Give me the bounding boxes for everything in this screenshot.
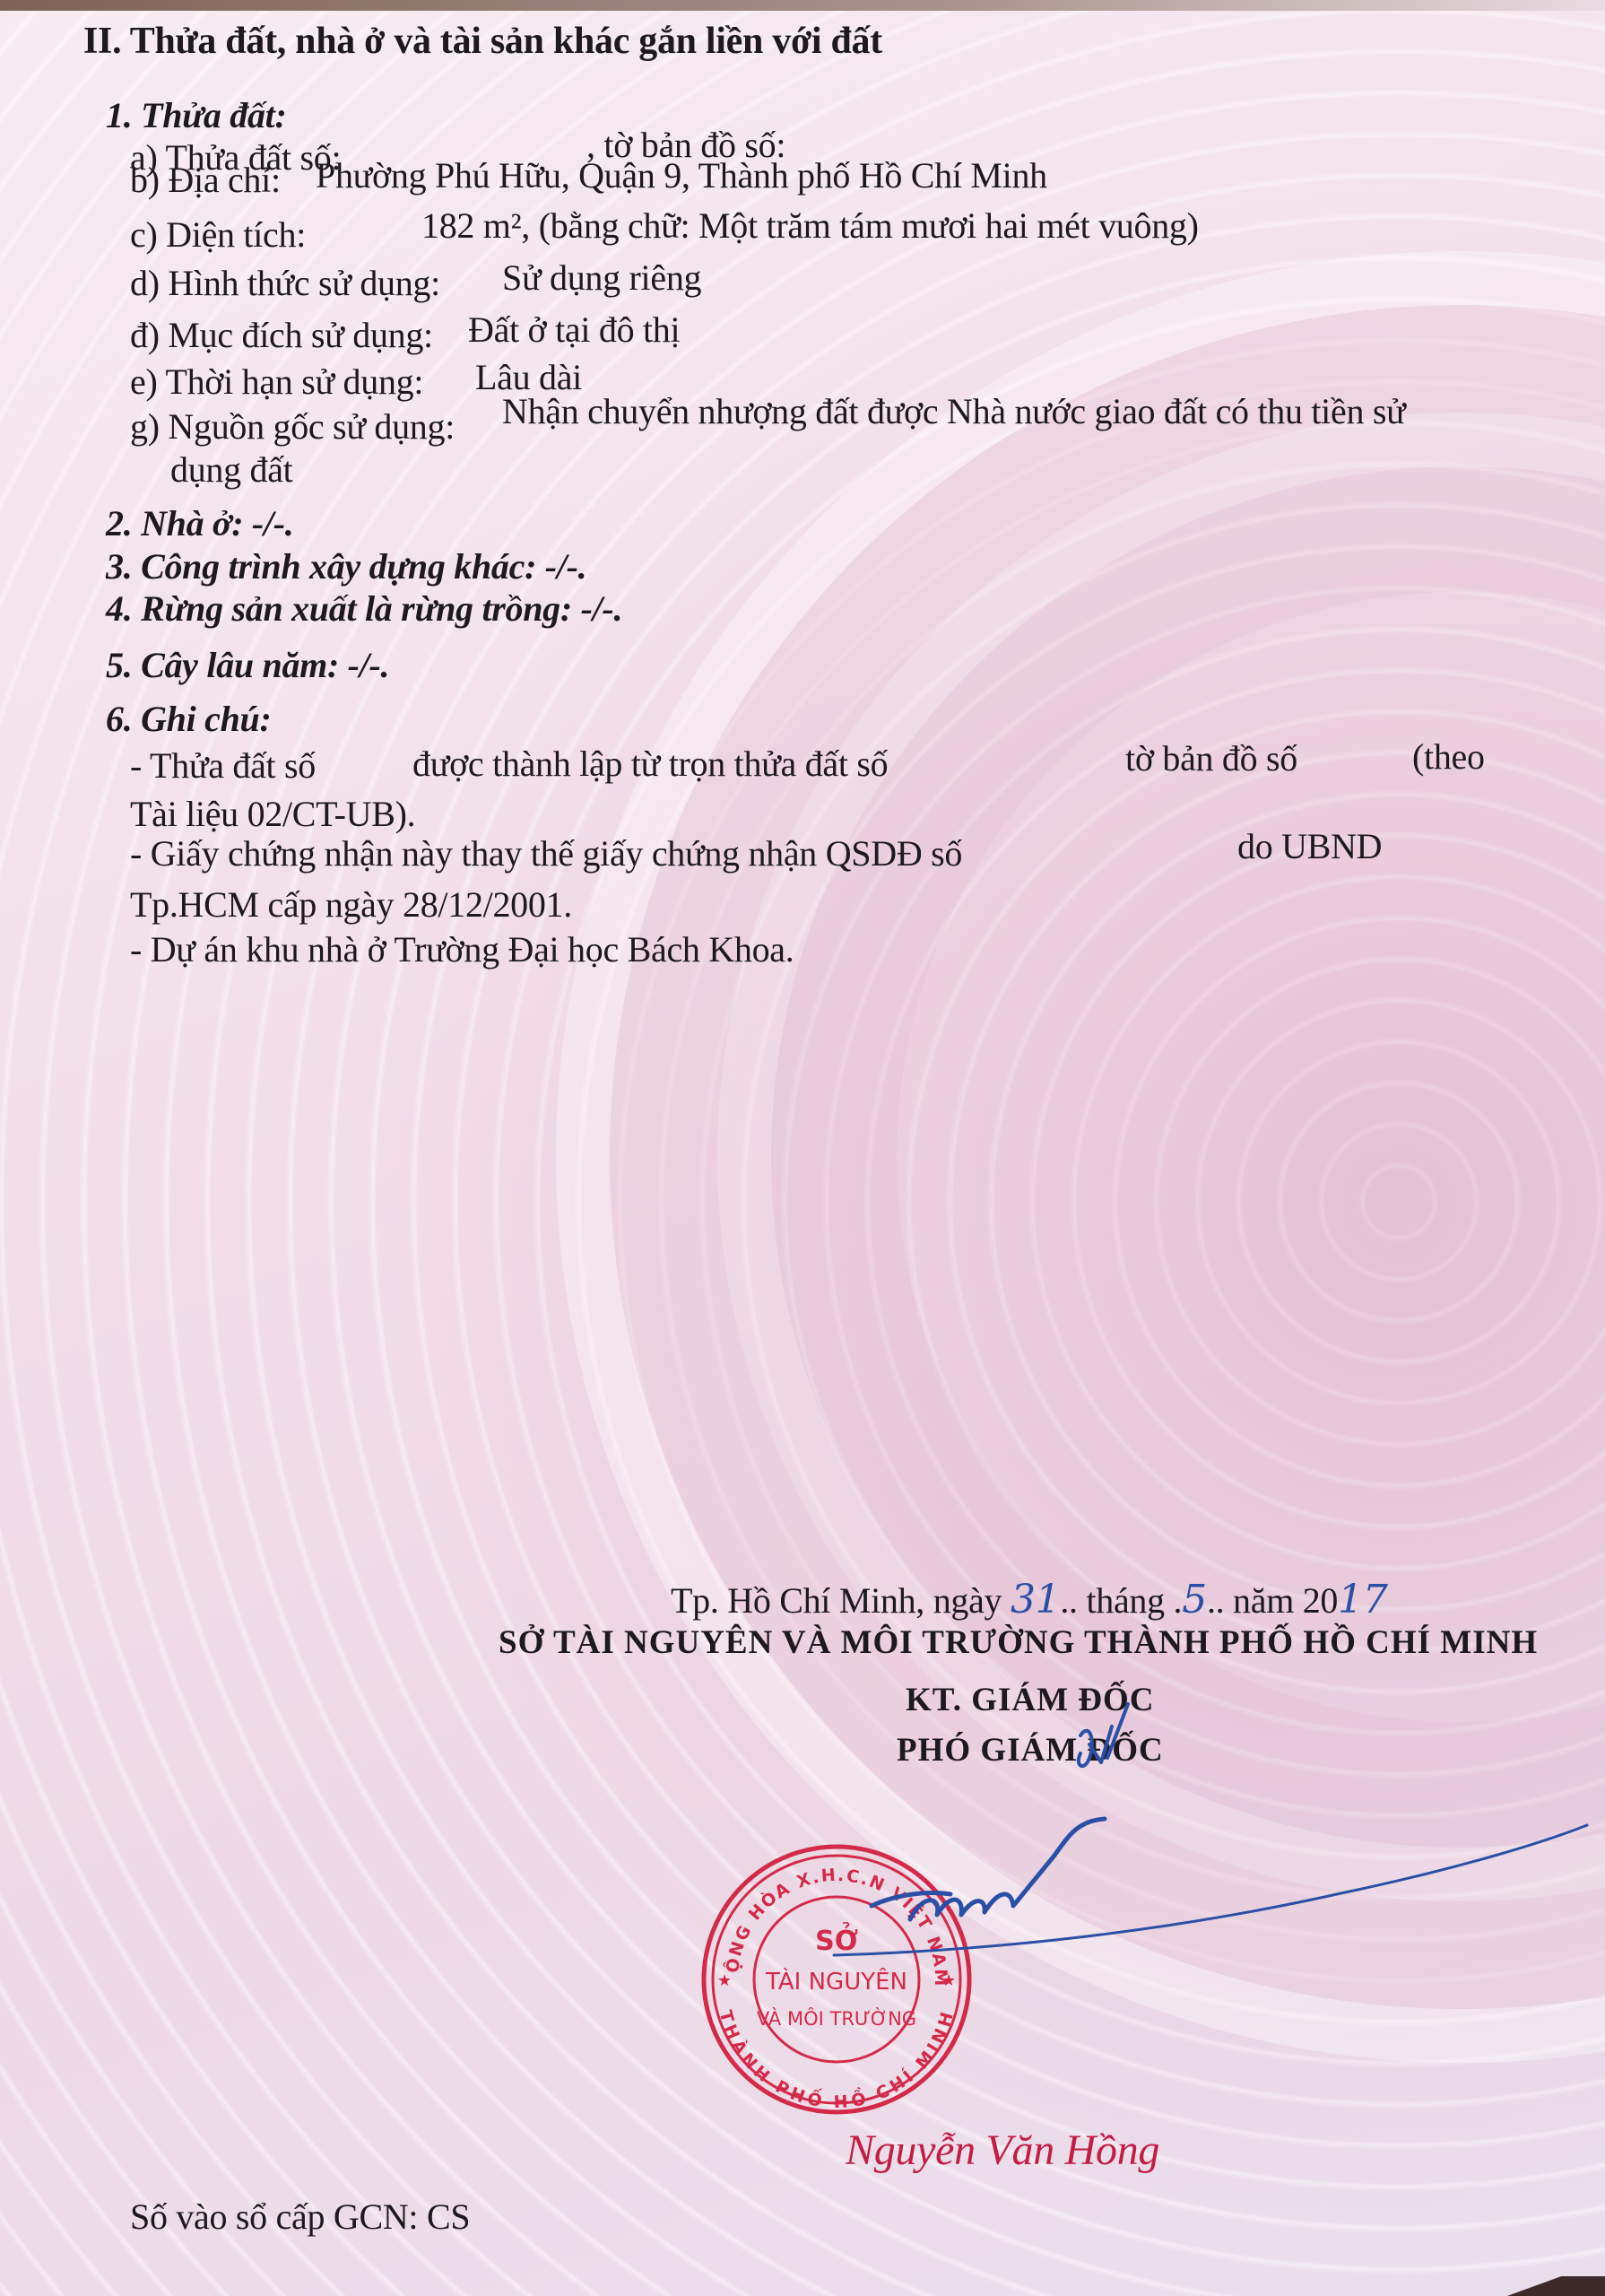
usage-form-label: d) Hình thức sử dụng: <box>130 262 440 304</box>
usage-purpose-value: Đất ở tại đô thị <box>468 309 680 351</box>
production-forest-item: 4. Rừng sản xuất là rừng trồng: -/-. <box>106 587 622 630</box>
area-label: c) Diện tích: <box>130 213 306 256</box>
usage-purpose-label: đ) Mục đích sử dụng: <box>130 314 433 356</box>
date-day: 31 <box>1011 1577 1060 1622</box>
place-date: Tp. Hồ Chí Minh, ngày 31.. tháng .5.. nă… <box>671 1577 1388 1622</box>
seal-top-text: CỘNG HÒA X.H.C.N VIỆT NAM <box>698 1840 950 1987</box>
note2-part-b: do UBND <box>1237 825 1382 867</box>
page-top-edge <box>0 0 1605 11</box>
dots: .. <box>1207 1580 1224 1621</box>
note3: - Dự án khu nhà ở Trường Đại học Bách Kh… <box>130 928 794 970</box>
page-corner-shadow <box>1462 2276 1605 2296</box>
seal-center-line3: VÀ MÔI TRƯỜNG <box>757 2007 916 2030</box>
date-year-suffix: 17 <box>1338 1577 1387 1622</box>
address-label: b) Địa chỉ: <box>130 159 281 201</box>
note2-part-a: - Giấy chứng nhận này thay thế giấy chứn… <box>130 832 962 874</box>
dots: . <box>1174 1580 1183 1621</box>
signer-name: Nguyễn Văn Hồng <box>846 2126 1159 2175</box>
note1-part-b: được thành lập từ trọn thửa đất số <box>412 743 888 785</box>
signer-position: PHÓ GIÁM ĐỐC <box>897 1731 1164 1770</box>
land-parcel-heading: 1. Thửa đất: <box>106 94 286 136</box>
origin-value-continued: dụng đất <box>170 448 292 491</box>
seal-center-line1: SỞ <box>815 1921 858 1957</box>
on-behalf-of: KT. GIÁM ĐỐC <box>906 1681 1155 1719</box>
origin-value: Nhận chuyển nhượng đất được Nhà nước gia… <box>502 390 1406 432</box>
svg-text:CỘNG HÒA X.H.C.N VIỆT NAM: CỘNG HÒA X.H.C.N VIỆT NAM <box>698 1840 950 1987</box>
issuing-agency: SỞ TÀI NGUYÊN VÀ MÔI TRƯỜNG THÀNH PHỐ HỒ… <box>499 1623 1538 1662</box>
seal-center-line2: TÀI NGUYÊN <box>765 1967 907 1996</box>
usage-form-value: Sử dụng riêng <box>502 257 701 299</box>
area-value: 182 m², (bằng chữ: Một trăm tám mươi hai… <box>421 204 1199 247</box>
note1-line2: Tài liệu 02/CT-UB). <box>130 793 415 835</box>
seal-star-left-icon: ★ <box>717 1971 732 1989</box>
section-title: II. Thửa đất, nhà ở và tài sản khác gắn … <box>83 20 882 63</box>
other-construction-item: 3. Công trình xây dựng khác: -/-. <box>106 545 586 587</box>
note1-part-c: tờ bản đồ số <box>1125 737 1297 779</box>
seal-star-right-icon: ★ <box>941 1971 956 1989</box>
origin-label: g) Nguồn gốc sử dụng: <box>130 405 455 448</box>
address-value: Phường Phú Hữu, Quận 9, Thành phố Hồ Chí… <box>316 154 1047 196</box>
note1-part-d: (theo <box>1412 735 1485 778</box>
note2-line2: Tp.HCM cấp ngày 28/12/2001. <box>130 883 572 926</box>
year-label: năm 20 <box>1233 1580 1338 1621</box>
notes-heading: 6. Ghi chú: <box>106 698 272 740</box>
place-date-prefix: Tp. Hồ Chí Minh, ngày <box>671 1580 1002 1621</box>
official-seal: CỘNG HÒA X.H.C.N VIỆT NAM THÀNH PHỐ HỒ C… <box>698 1840 976 2118</box>
house-item: 2. Nhà ở: -/-. <box>106 502 293 544</box>
date-month: 5 <box>1182 1577 1207 1622</box>
dots: .. <box>1060 1580 1077 1621</box>
perennial-trees-item: 5. Cây lâu năm: -/-. <box>106 644 389 686</box>
note1-part-a: - Thửa đất số <box>130 744 316 787</box>
registry-number-label: Số vào sổ cấp GCN: CS <box>130 2196 470 2238</box>
usage-term-label: e) Thời hạn sử dụng: <box>130 361 423 403</box>
month-label: tháng <box>1086 1580 1164 1621</box>
